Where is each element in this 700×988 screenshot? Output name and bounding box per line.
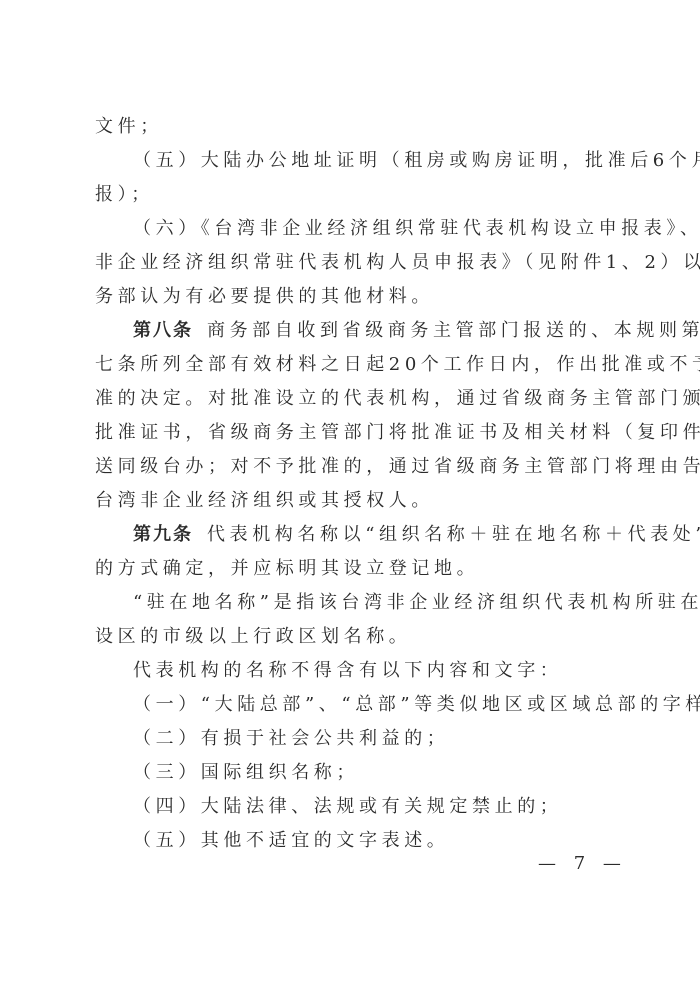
prohibited-item-1: （一）“大陆总部”、“总部”等类似地区或区域总部的字样； — [95, 688, 595, 722]
prohibited-item-5: （五）其他不适宜的文字表述。 — [95, 824, 595, 858]
article-9-heading: 第九条 — [133, 524, 193, 545]
article-9-first-line: 第九条代表机构名称以“组织名称＋驻在地名称＋代表处” — [95, 518, 595, 552]
document-page: 文件； （五）大陆办公地址证明（租房或购房证明，批准后6个月内补 报）； （六）… — [95, 110, 595, 858]
paragraph-line: 文件； — [95, 110, 595, 144]
article-8-heading: 第八条 — [133, 320, 193, 341]
paragraph-line: 的方式确定，并应标明其设立登记地。 — [95, 552, 595, 586]
paragraph-line: 台湾非企业经济组织或其授权人。 — [95, 484, 595, 518]
paragraph-line: “驻在地名称”是指该台湾非企业经济组织代表机构所驻在的 — [95, 586, 595, 620]
article-8-text: 商务部自收到省级商务主管部门报送的、本规则第 — [207, 320, 700, 341]
prohibited-item-2: （二）有损于社会公共利益的； — [95, 722, 595, 756]
paragraph-line: 非企业经济组织常驻代表机构人员申报表》（见附件1、2）以及商 — [95, 246, 595, 280]
paragraph-line: 准的决定。对批准设立的代表机构，通过省级商务主管部门颁发 — [95, 382, 595, 416]
prohibited-item-3: （三）国际组织名称； — [95, 756, 595, 790]
list-item-6-application-forms: （六）《台湾非企业经济组织常驻代表机构设立申报表》、《台湾 — [95, 212, 595, 246]
article-9-text: 代表机构名称以“组织名称＋驻在地名称＋代表处” — [207, 524, 700, 545]
paragraph-line: 设区的市级以上行政区划名称。 — [95, 620, 595, 654]
paragraph-line: 送同级台办；对不予批准的，通过省级商务主管部门将理由告知该 — [95, 450, 595, 484]
paragraph-line: 代表机构的名称不得含有以下内容和文字： — [95, 654, 595, 688]
page-number: — 7 — — [538, 853, 627, 874]
paragraph-line: 七条所列全部有效材料之日起20个工作日内，作出批准或不予批 — [95, 348, 595, 382]
paragraph-line: 批准证书，省级商务主管部门将批准证书及相关材料（复印件）抄 — [95, 416, 595, 450]
paragraph-line: 报）； — [95, 178, 595, 212]
prohibited-item-4: （四）大陆法律、法规或有关规定禁止的； — [95, 790, 595, 824]
paragraph-line: 务部认为有必要提供的其他材料。 — [95, 280, 595, 314]
article-8-first-line: 第八条商务部自收到省级商务主管部门报送的、本规则第 — [95, 314, 595, 348]
list-item-5-attachment-address: （五）大陆办公地址证明（租房或购房证明，批准后6个月内补 — [95, 144, 595, 178]
